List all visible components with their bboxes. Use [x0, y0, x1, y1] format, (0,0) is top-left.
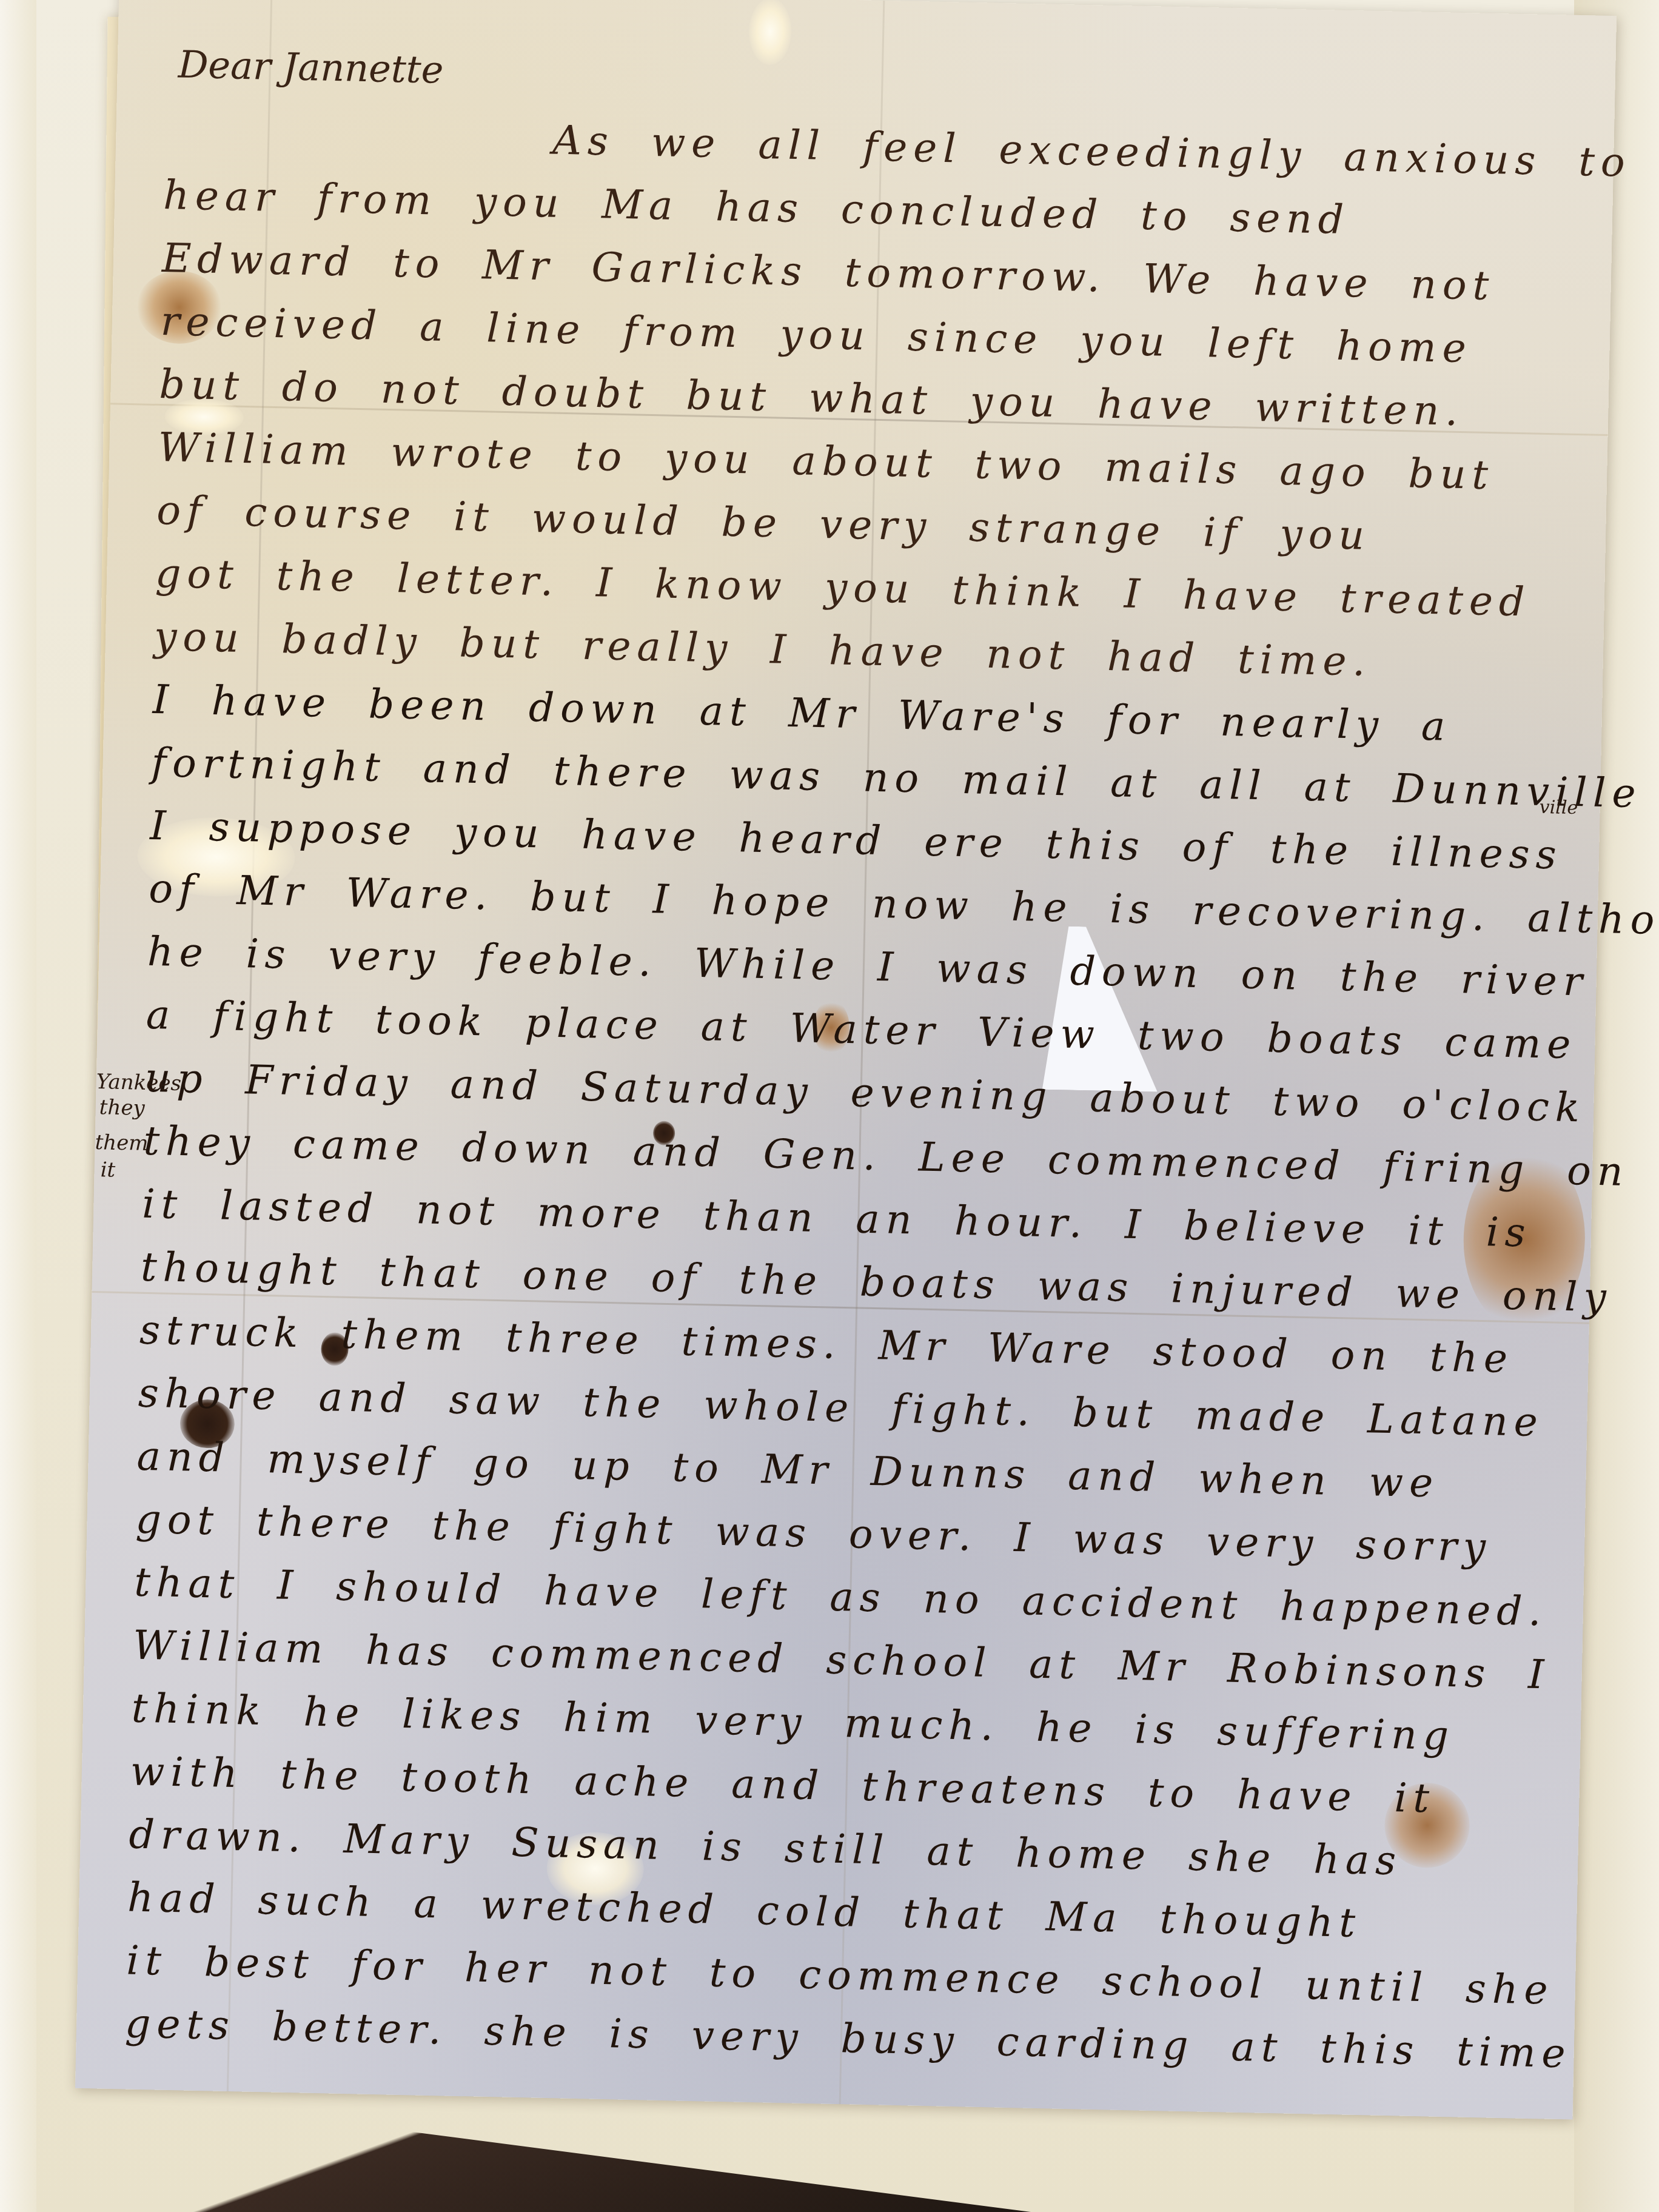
framed-letter-scene: Dear Jannette As we all feel exceedingly…: [0, 0, 1659, 2212]
margin-note: it: [100, 1158, 115, 1182]
margin-note: Yankees: [96, 1070, 181, 1096]
frame-mat-left: [0, 0, 36, 2212]
interlinear-correction: ville: [1539, 797, 1578, 819]
margin-note: they: [99, 1095, 145, 1121]
margin-note: them: [95, 1130, 149, 1156]
letter-text: Dear Jannette As we all feel exceedingly…: [124, 28, 1574, 2085]
letter-page: Dear Jannette As we all feel exceedingly…: [75, 0, 1617, 2119]
